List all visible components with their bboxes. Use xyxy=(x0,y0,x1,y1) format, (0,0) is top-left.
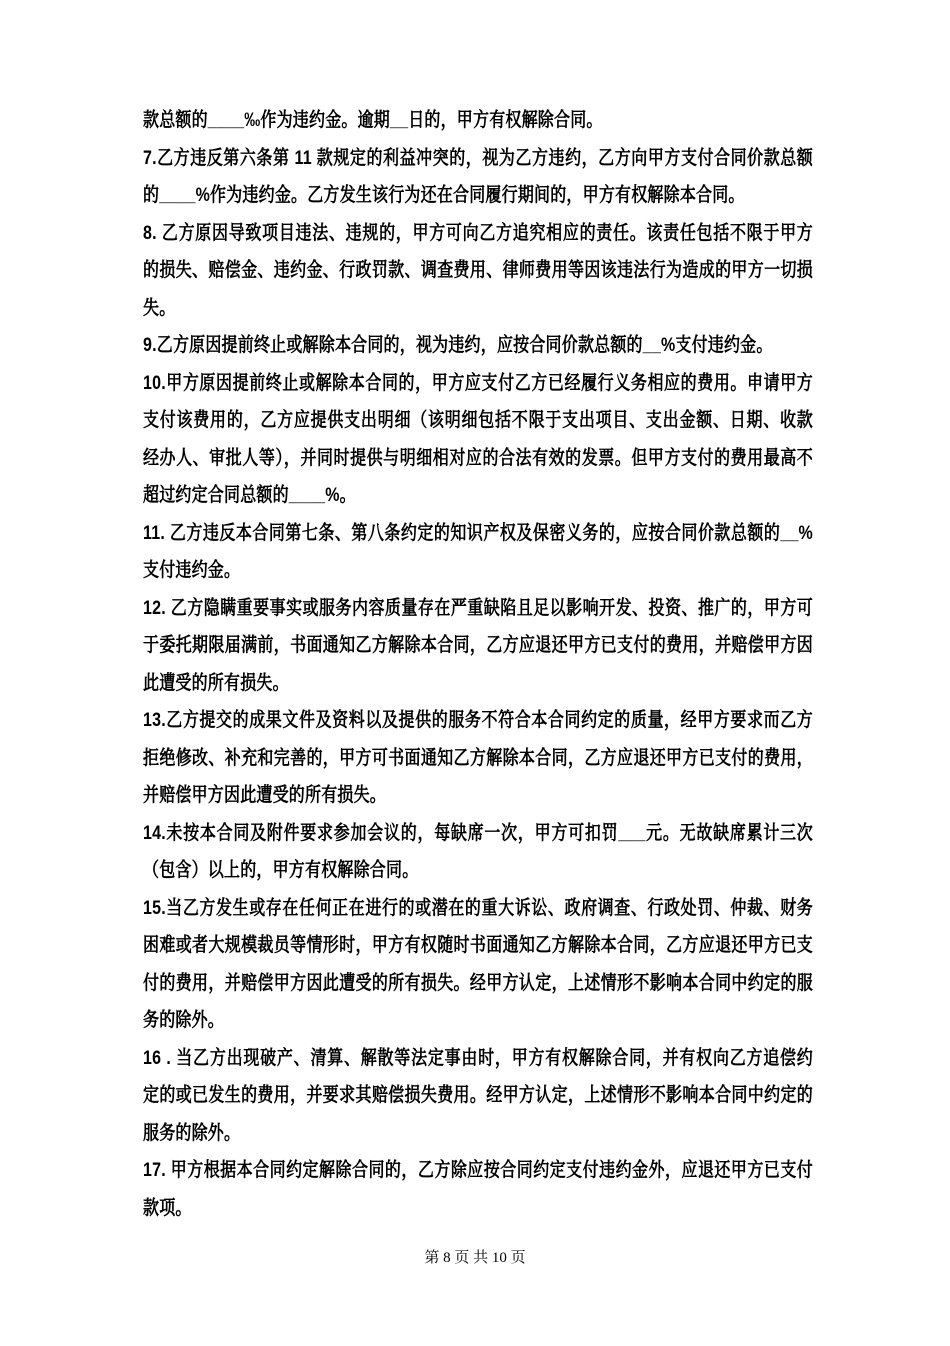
paragraph: 8. 乙方原因导致项目违法、违规的，甲方可向乙方追究相应的责任。该责任包括不限于… xyxy=(143,215,813,328)
paragraph: 14.未按本合同及附件要求参加会议的，每缺席一次，甲方可扣罚___元。无故缺席累… xyxy=(143,815,813,890)
paragraph: 15.当乙方发生或存在任何正在进行的或潜在的重大诉讼、政府调查、行政处罚、仲裁、… xyxy=(143,890,813,1040)
paragraph: 款总额的____‰作为违约金。逾期__日的，甲方有权解除合同。 xyxy=(143,102,813,140)
text-line: 款项。 xyxy=(143,1185,813,1231)
paragraph: 7.乙方违反第六条第 11 款规定的利益冲突的，视为乙方违约，乙方向甲方支付合同… xyxy=(143,140,813,215)
paragraph: 10.甲方原因提前终止或解除本合同的，甲方应支付乙方已经履行义务相应的费用。申请… xyxy=(143,365,813,515)
page: 款总额的____‰作为违约金。逾期__日的，甲方有权解除合同。7.乙方违反第六条… xyxy=(0,0,950,1346)
page-footer: 第 8 页 共 10 页 xyxy=(0,1246,950,1267)
paragraph: 13.乙方提交的成果文件及资料以及提供的服务不符合本合同约定的质量，经甲方要求而… xyxy=(143,702,813,815)
document-body: 款总额的____‰作为违约金。逾期__日的，甲方有权解除合同。7.乙方违反第六条… xyxy=(143,102,813,1227)
paragraph: 12. 乙方隐瞒重要事实或服务内容质量存在严重缺陷且足以影响开发、投资、推广的，… xyxy=(143,590,813,703)
paragraph: 9.乙方原因提前终止或解除本合同的，视为违约，应按合同价款总额的__%支付违约金… xyxy=(143,327,813,365)
paragraph: 16 . 当乙方出现破产、清算、解散等法定事由时，甲方有权解除合同，并有权向乙方… xyxy=(143,1040,813,1153)
paragraph: 11. 乙方违反本合同第七条、第八条约定的知识产权及保密义务的，应按合同价款总额… xyxy=(143,515,813,590)
paragraph: 17. 甲方根据本合同约定解除合同的，乙方除应按合同约定支付违约金外，应退还甲方… xyxy=(143,1152,813,1227)
